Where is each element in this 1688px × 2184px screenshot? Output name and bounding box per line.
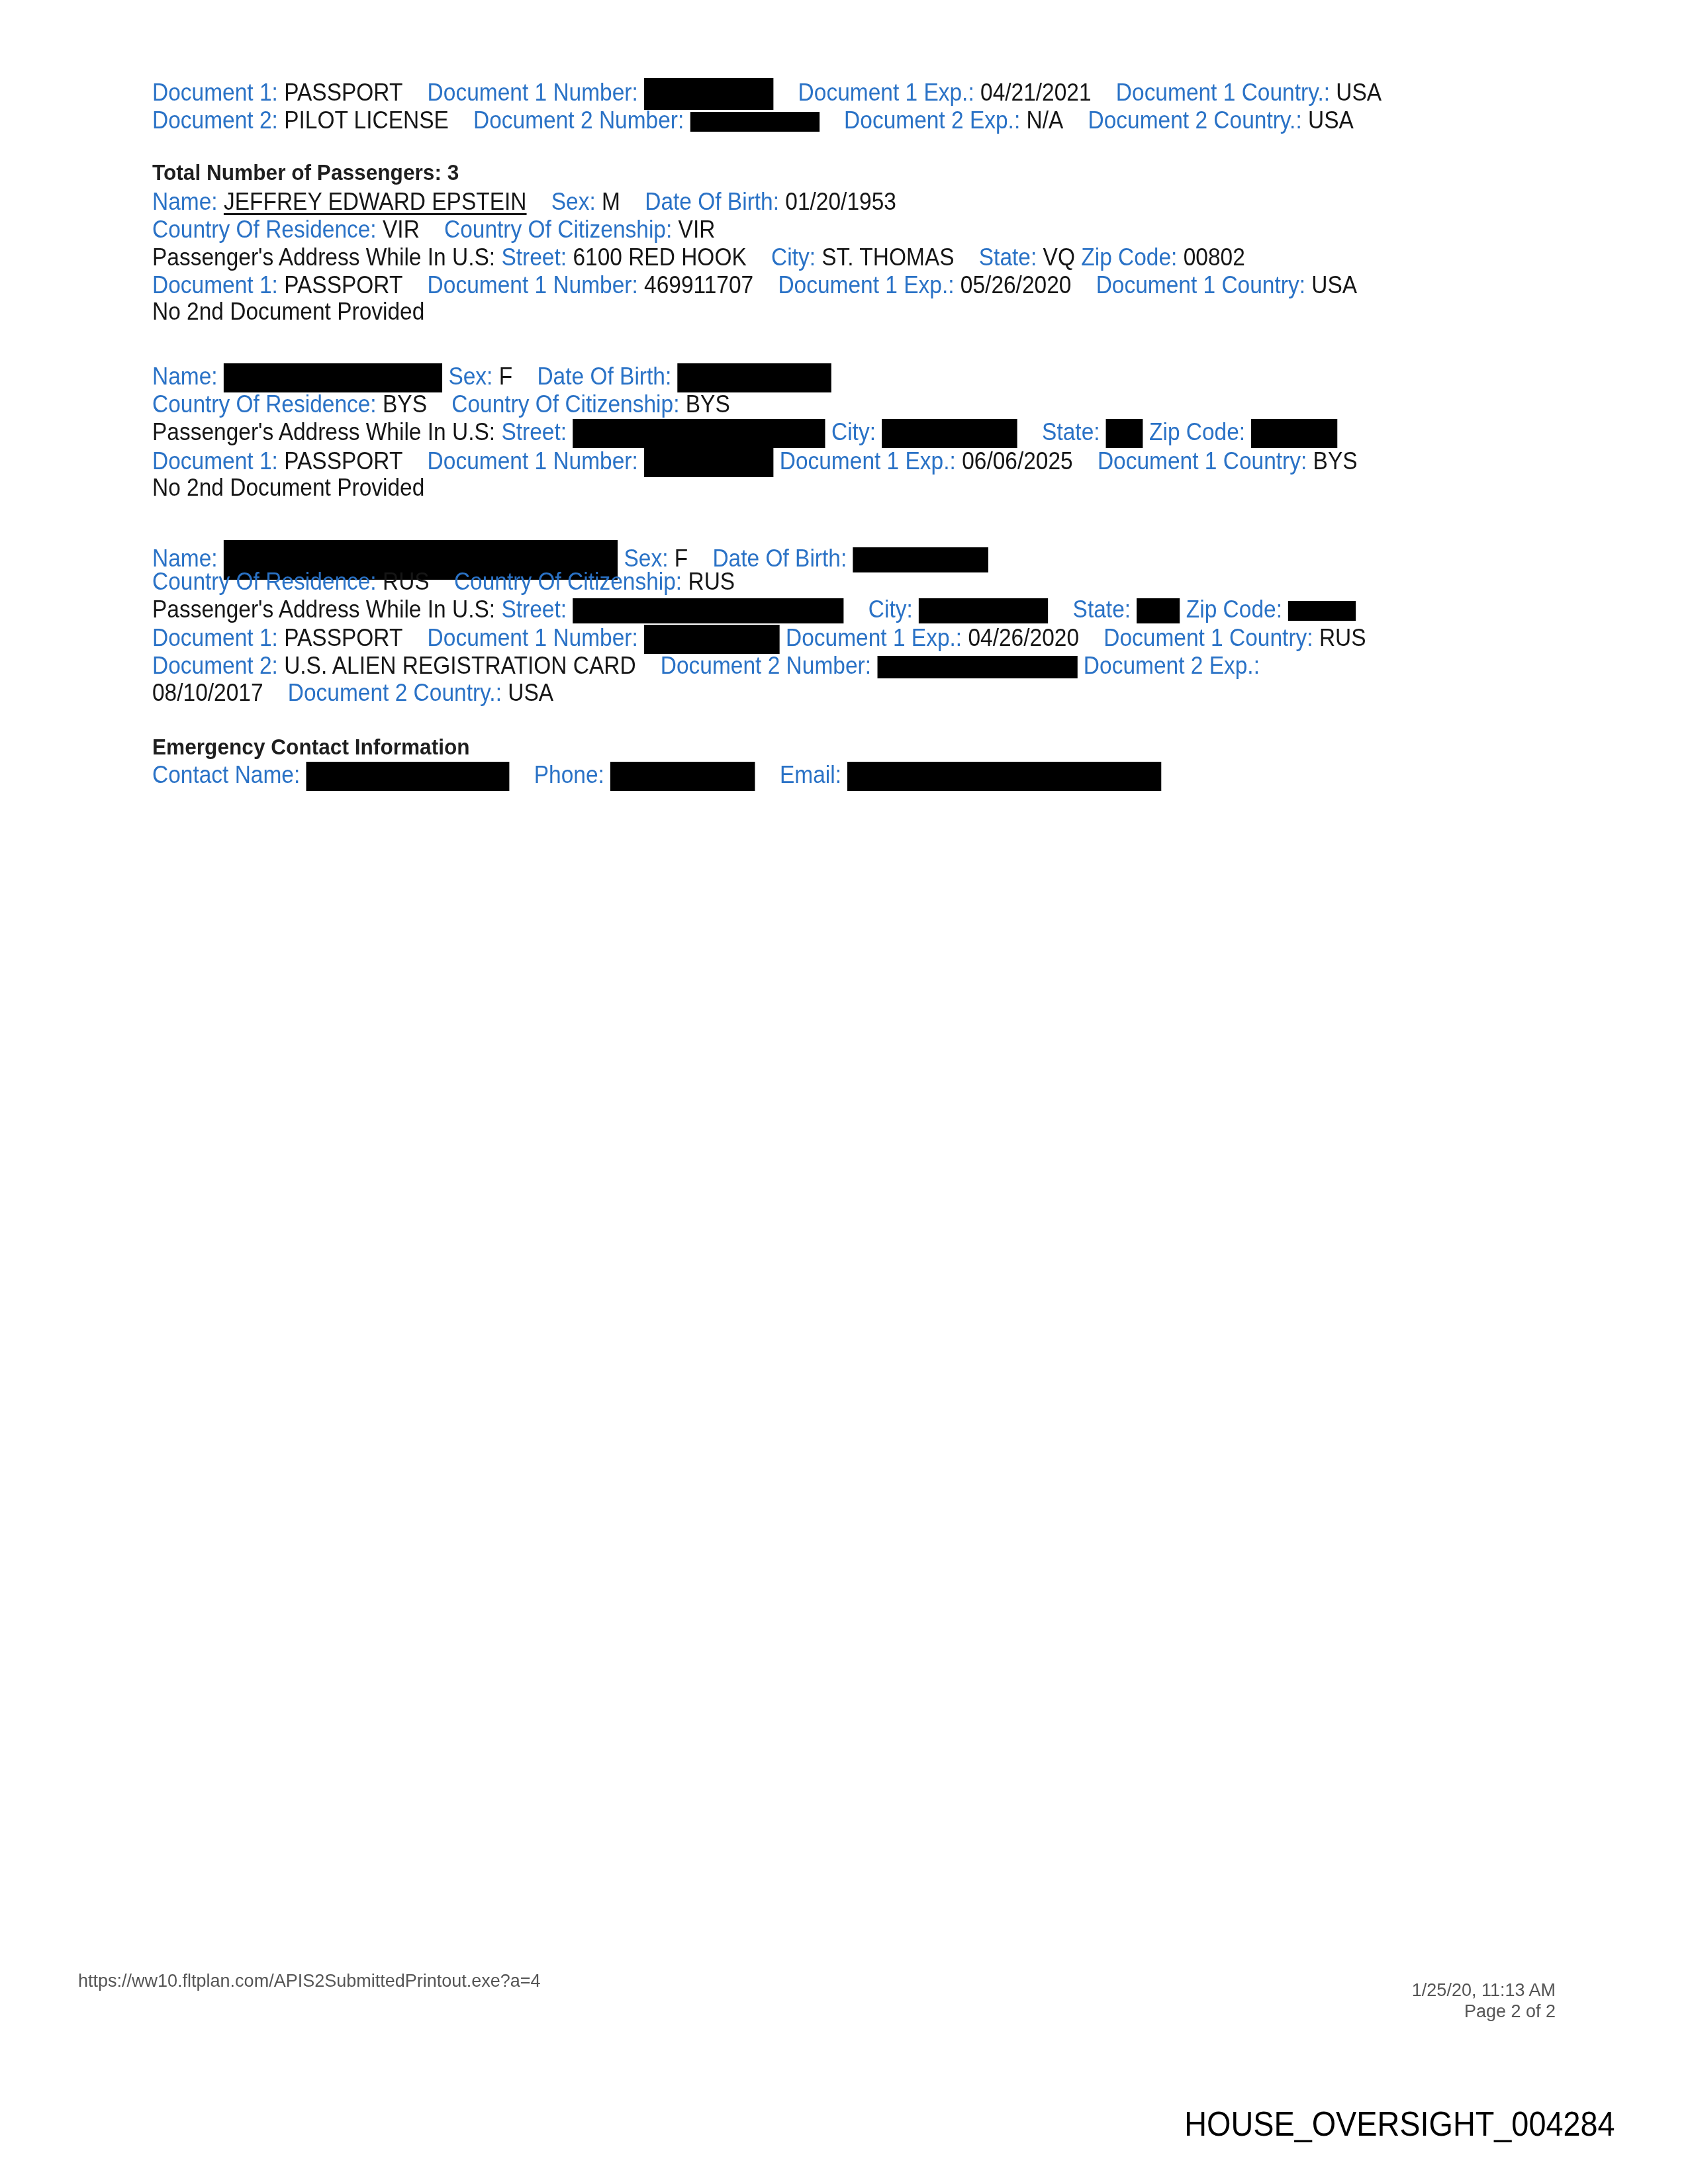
owner-document-2-row: Document 2: PILOT LICENSE Document 2 Num… — [152, 107, 1354, 134]
passenger-document-2-row: Document 2: U.S. ALIEN REGISTRATION CARD… — [152, 652, 1260, 680]
doc-country-value: USA — [1308, 107, 1354, 134]
passenger-document-2-continued-row: 08/10/2017 Document 2 Country.: USA — [152, 679, 553, 707]
street-label: Street: — [501, 418, 567, 445]
doc-value: PILOT LICENSE — [284, 107, 449, 134]
name-label: Name: — [152, 188, 218, 215]
sex-label: Sex: — [551, 188, 596, 215]
doc-exp-value: 04/26/2020 — [968, 624, 1079, 651]
total-passengers-heading: Total Number of Passengers: 3 — [152, 159, 459, 187]
passenger-address-row: Passenger's Address While In U.S: Street… — [152, 418, 1338, 448]
passenger-name: JEFFREY EDWARD EPSTEIN — [224, 188, 527, 215]
redaction-box — [1137, 598, 1180, 623]
doc-label: Document 1: — [152, 271, 278, 298]
bates-number: HOUSE_OVERSIGHT_004284 — [1185, 2105, 1615, 2144]
redaction-box — [678, 363, 831, 392]
residence-label: Country Of Residence: — [152, 216, 377, 243]
residence-value: BYS — [383, 390, 427, 418]
doc-exp-label: Document 2 Exp.: — [844, 107, 1020, 134]
redaction-box — [919, 598, 1048, 623]
zip-label: Zip Code: — [1081, 244, 1177, 271]
doc-value: PASSPORT — [284, 79, 402, 106]
state-label: State: — [979, 244, 1037, 271]
doc-number-value: 469911707 — [644, 271, 753, 298]
doc-number-label: Document 1 Number: — [428, 447, 638, 475]
emergency-contact-row: Contact Name: Phone: Email: — [152, 761, 1162, 791]
doc-number-label: Document 1 Number: — [428, 271, 638, 298]
footer-page-number: Page 2 of 2 — [1464, 2001, 1556, 2022]
doc-label: Document 2: — [152, 652, 278, 679]
doc-country-label: Document 2 Country.: — [288, 679, 502, 706]
city-label: City: — [831, 418, 876, 445]
doc-value: U.S. ALIEN REGISTRATION CARD — [284, 652, 635, 679]
citizenship-label: Country Of Citizenship: — [454, 568, 682, 595]
citizenship-value: RUS — [688, 568, 735, 595]
residence-value: VIR — [383, 216, 420, 243]
doc-exp-value: N/A — [1027, 107, 1064, 134]
city-value: ST. THOMAS — [821, 244, 954, 271]
doc-value: PASSPORT — [284, 447, 402, 475]
city-label: City: — [771, 244, 816, 271]
email-label: Email: — [780, 761, 841, 788]
redaction-box — [877, 656, 1077, 678]
doc-country-value: RUS — [1319, 624, 1366, 651]
zip-label: Zip Code: — [1186, 596, 1282, 623]
footer-datetime: 1/25/20, 11:13 AM — [1412, 1980, 1556, 2001]
redaction-box — [306, 762, 510, 791]
doc-exp-label: Document 1 Exp.: — [798, 79, 974, 106]
doc-country-label: Document 1 Country: — [1103, 624, 1313, 651]
redaction-box — [847, 762, 1161, 791]
citizenship-value: VIR — [679, 216, 716, 243]
second-document-note: No 2nd Document Provided — [152, 298, 424, 326]
passenger-document-1-row: Document 1: PASSPORT Document 1 Number: … — [152, 624, 1366, 654]
citizenship-label: Country Of Citizenship: — [444, 216, 672, 243]
emergency-heading: Emergency Contact Information — [152, 733, 470, 761]
sex-value: M — [602, 188, 620, 215]
redaction-box — [853, 547, 989, 572]
address-prefix: Passenger's Address While In U.S: — [152, 596, 495, 623]
passenger-address-row: Passenger's Address While In U.S: Street… — [152, 244, 1245, 271]
doc-exp-value: 04/21/2021 — [980, 79, 1092, 106]
doc-label: Document 2: — [152, 107, 278, 134]
passenger-country-row: Country Of Residence: VIR Country Of Cit… — [152, 216, 715, 244]
redaction-box — [224, 363, 442, 392]
sex-value: F — [499, 363, 512, 390]
name-label: Name: — [152, 363, 218, 390]
doc-exp-label: Document 1 Exp.: — [780, 447, 956, 475]
dob-label: Date Of Birth: — [645, 188, 779, 215]
doc-exp-label: Document 2 Exp.: — [1084, 652, 1260, 679]
redaction-box — [1106, 419, 1143, 448]
passenger-name-row: Name: Sex: F Date Of Birth: — [152, 363, 831, 392]
city-label: City: — [868, 596, 913, 623]
doc-exp-label: Document 1 Exp.: — [778, 271, 954, 298]
doc-country-label: Document 2 Country.: — [1088, 107, 1302, 134]
redaction-box — [573, 598, 843, 623]
citizenship-value: BYS — [686, 390, 730, 418]
doc-label: Document 1: — [152, 79, 278, 106]
doc-exp-value: 05/26/2020 — [961, 271, 1072, 298]
doc-label: Document 1: — [152, 624, 278, 651]
state-label: State: — [1073, 596, 1131, 623]
doc-country-label: Document 1 Country: — [1096, 271, 1305, 298]
contact-name-label: Contact Name: — [152, 761, 300, 788]
zip-label: Zip Code: — [1149, 418, 1245, 445]
redaction-box — [882, 419, 1017, 448]
doc-country-label: Document 1 Country: — [1098, 447, 1307, 475]
doc-country-value: USA — [508, 679, 553, 706]
doc-country-value: BYS — [1313, 447, 1358, 475]
street-label: Street: — [501, 596, 567, 623]
redaction-box — [644, 78, 773, 110]
footer-url: https://ww10.fltplan.com/APIS2SubmittedP… — [78, 1971, 541, 1991]
doc-exp-value: 06/06/2025 — [962, 447, 1073, 475]
passenger-name-row: Name: JEFFREY EDWARD EPSTEIN Sex: M Date… — [152, 188, 896, 216]
residence-value: RUS — [383, 568, 430, 595]
residence-label: Country Of Residence: — [152, 390, 377, 418]
citizenship-label: Country Of Citizenship: — [451, 390, 679, 418]
redaction-box — [644, 448, 773, 477]
phone-label: Phone: — [534, 761, 604, 788]
dob-label: Date Of Birth: — [537, 363, 671, 390]
passenger-document-1-row: Document 1: PASSPORT Document 1 Number: … — [152, 447, 1358, 477]
redaction-box — [610, 762, 755, 791]
state-value: VQ — [1043, 244, 1075, 271]
doc-country-value: USA — [1336, 79, 1382, 106]
doc-number-label: Document 1 Number: — [428, 624, 638, 651]
doc-value: PASSPORT — [284, 624, 402, 651]
state-label: State: — [1042, 418, 1100, 445]
passenger-document-1-row: Document 1: PASSPORT Document 1 Number: … — [152, 271, 1357, 299]
doc-number-label: Document 1 Number: — [428, 79, 638, 106]
doc-exp-label: Document 1 Exp.: — [786, 624, 962, 651]
sex-label: Sex: — [448, 363, 492, 390]
street-value: 6100 RED HOOK — [573, 244, 746, 271]
redaction-box — [1288, 601, 1356, 621]
dob-value: 01/20/1953 — [785, 188, 896, 215]
zip-value: 00802 — [1184, 244, 1245, 271]
address-prefix: Passenger's Address While In U.S: — [152, 418, 495, 445]
owner-document-1-row: Document 1: PASSPORT Document 1 Number: … — [152, 78, 1382, 110]
residence-label: Country Of Residence: — [152, 568, 377, 595]
doc-exp-value: 08/10/2017 — [152, 679, 263, 706]
second-document-note: No 2nd Document Provided — [152, 474, 424, 502]
doc-number-label: Document 2 Number: — [473, 107, 684, 134]
doc-country-value: USA — [1311, 271, 1357, 298]
passenger-country-row: Country Of Residence: BYS Country Of Cit… — [152, 390, 730, 418]
doc-country-label: Document 1 Country.: — [1116, 79, 1330, 106]
passenger-country-row: Country Of Residence: RUS Country Of Cit… — [152, 568, 735, 596]
redaction-box — [573, 419, 825, 448]
street-label: Street: — [501, 244, 567, 271]
redaction-box — [690, 112, 820, 132]
redaction-box — [644, 625, 780, 654]
redaction-box — [1251, 419, 1337, 448]
doc-label: Document 1: — [152, 447, 278, 475]
doc-value: PASSPORT — [284, 271, 402, 298]
passenger-address-row: Passenger's Address While In U.S: Street… — [152, 596, 1356, 623]
address-prefix: Passenger's Address While In U.S: — [152, 244, 495, 271]
doc-number-label: Document 2 Number: — [661, 652, 871, 679]
